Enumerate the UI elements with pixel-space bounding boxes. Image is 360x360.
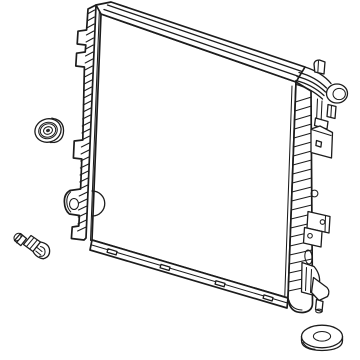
parts-diagram-svg (0, 0, 360, 360)
parts-diagram-canvas (0, 0, 360, 360)
mid-right-bracket-lower (304, 228, 323, 248)
mount-grommet-illustration (32, 115, 64, 145)
inlet-port-outer (327, 84, 348, 103)
coolant-temperature-sensor-illustration (13, 232, 50, 259)
radiator-assembly-illustration (64, 2, 347, 313)
filler-top-tab-line (318, 61, 319, 73)
mid-right-bracket-upper-edge (325, 216, 326, 232)
seal-grommet-illustration (302, 325, 343, 350)
filler-top-tab (314, 60, 325, 74)
port-lower-boss-line (331, 106, 332, 118)
seal-grommet-top-face (302, 325, 343, 348)
upper-right-bracket-slot (316, 141, 322, 148)
